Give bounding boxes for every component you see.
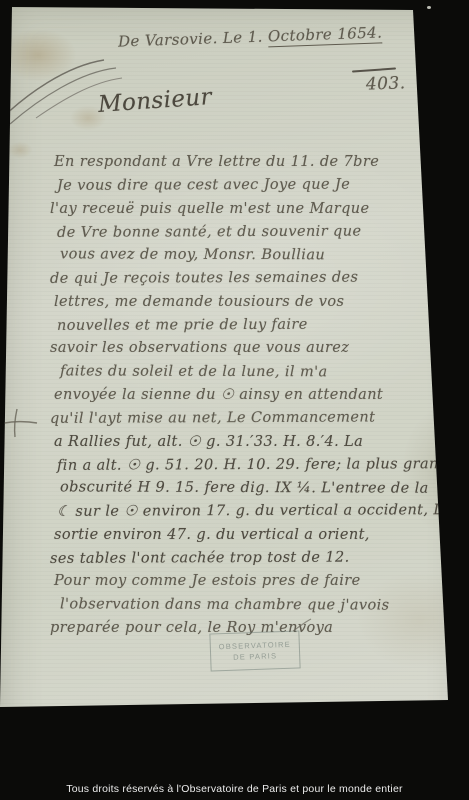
manuscript-line: de Vre bonne santé, et du souvenir que [57,220,439,245]
margin-cross-mark-icon [0,408,38,438]
manuscript-dateline: De Varsovie. Le 1. Octobre 1654. [118,23,383,50]
manuscript-line: Je vous dire que cest avec Joye que Je [57,173,439,198]
pen-tick-mark-icon [292,618,312,632]
manuscript-line: obscurité H 9. 15. fere dig. IX ¼. L'ent… [60,476,439,501]
manuscript-line: ☾ sur le ☉ environ 17. g. du vertical a … [57,500,439,525]
folio-overline [352,67,396,72]
manuscript-line: En respondant a Vre lettre du 11. de 7br… [54,151,439,174]
manuscript-line: vous avez de moy, Monsr. Boulliau [60,244,439,269]
dateline-date-underlined: Octobre 1654. [268,23,383,47]
manuscript-line: l'ay receuë puis quelle m'est une Marque [50,198,439,221]
manuscript-line: faites du soleil et de la lune, il m'a [60,360,439,385]
manuscript-line: envoyée la sienne du ☉ ainsy en attendan… [54,384,439,407]
letter-body: En respondant a Vre lettre du 11. de 7br… [54,151,439,640]
scan-dust-artifact [427,6,431,9]
manuscript-line: sortie environ 47. g. du vertical a orie… [54,524,439,547]
manuscript-line: lettres, me demande tousiours de vos [54,291,439,314]
manuscript-line: de qui Je reçois toutes les semaines des [50,267,439,292]
folio-number: 403. [366,73,406,94]
manuscript-line: qu'il l'ayt mise au net, Le Commancement [50,406,439,431]
archive-stamp-line2: DE PARIS [233,650,277,663]
archive-stamp: OBSERVATOIRE DE PARIS [209,630,300,671]
dateline-place: De Varsovie. Le 1. [118,27,268,50]
manuscript-line: nouvelles et me prie de luy faire [57,313,439,338]
manuscript-line: Pour moy comme Je estois pres de faire [54,570,439,593]
rights-footer: Tous droits réservés à l'Observatoire de… [0,783,469,795]
manuscript-line: fin a alt. ☉ g. 51. 20. H. 10. 29. fere;… [57,453,439,478]
manuscript-line: l'observation dans ma chambre que j'avoi… [60,593,439,618]
manuscript-line: ses tables l'ont cachée trop tost de 12. [50,546,439,571]
manuscript-page: De Varsovie. Le 1. Octobre 1654. 403. Mo… [0,0,469,800]
manuscript-line: savoir les observations que vous aurez [50,337,439,360]
manuscript-line: a Rallies fut, alt. ☉ g. 31.′33. H. 8.′4… [54,431,439,454]
